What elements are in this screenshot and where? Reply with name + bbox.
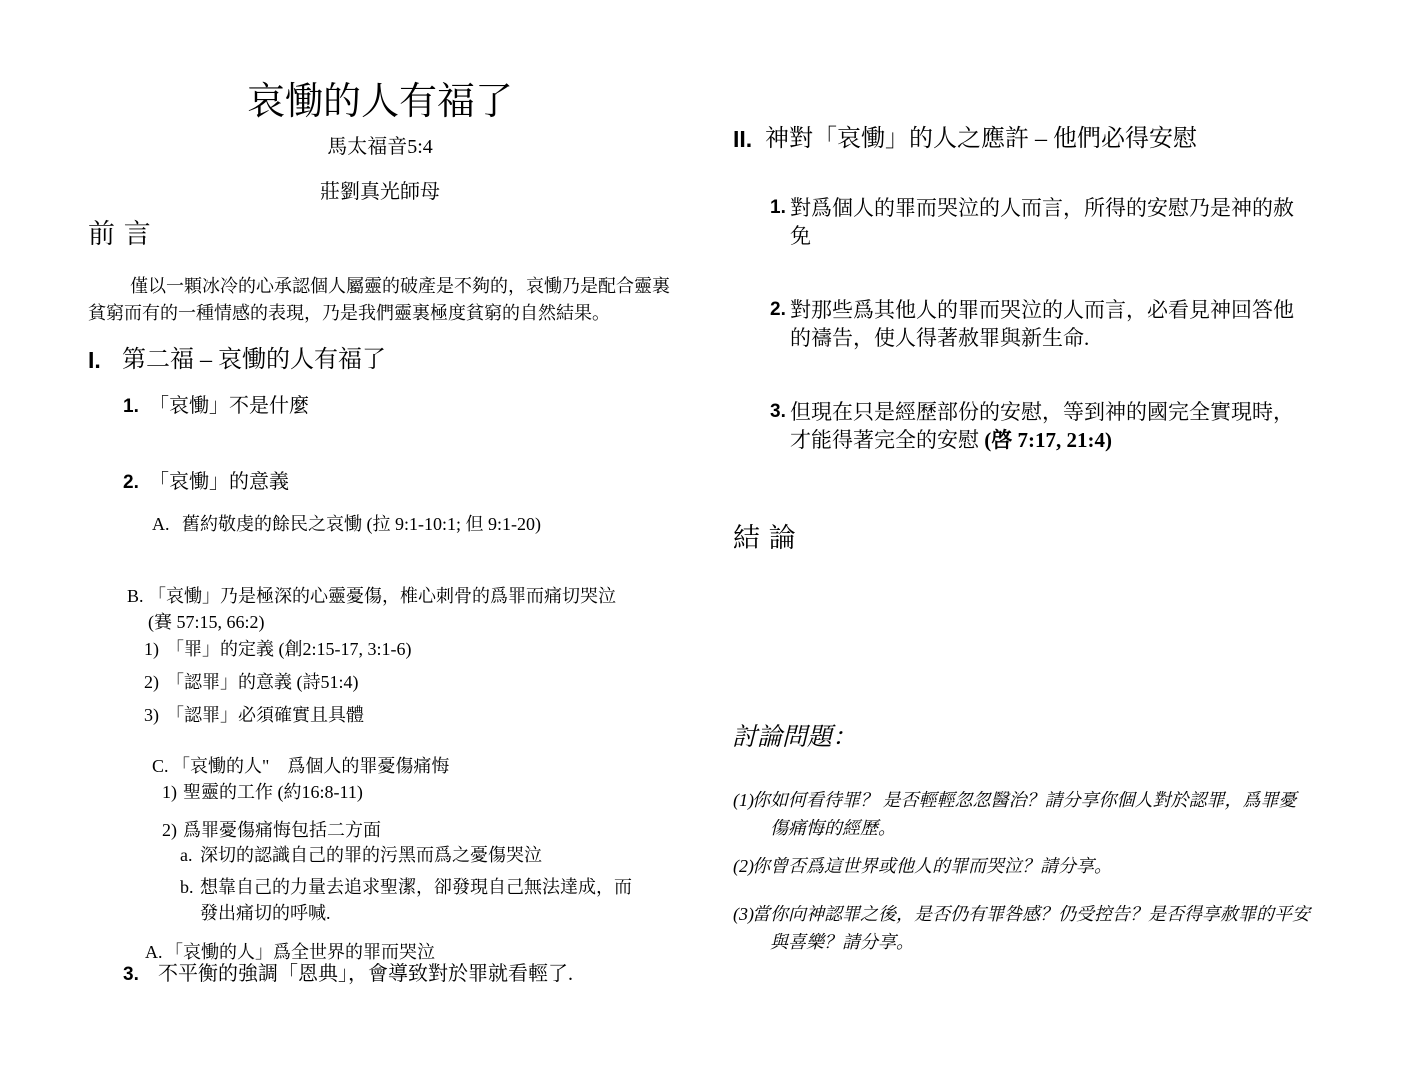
promise-2-number: 2. bbox=[770, 296, 790, 324]
promise-item-2: 2.對那些爲其他人的罪而哭泣的人而言，必看見神回答他 的禱告，使人得著赦罪與新生… bbox=[770, 296, 1335, 352]
section-1-heading: 第二福 – 哀慟的人有福了 bbox=[122, 346, 386, 375]
author-name: 莊劉真光師母 bbox=[70, 180, 690, 204]
sub-item-C2b-label: b. bbox=[180, 874, 200, 900]
question-2-label: (2) bbox=[733, 852, 752, 880]
item-2-number: 2. bbox=[123, 470, 149, 495]
sub-item-B2-label: 2) bbox=[144, 669, 166, 695]
outline-item-3: 3.不平衡的強調「恩典」，會導致對於罪就看輕了. bbox=[123, 962, 573, 987]
promise-1-number: 1. bbox=[770, 194, 790, 222]
item-3-number: 3. bbox=[123, 962, 158, 987]
sub-item-B1-text: 「罪」的定義 (創2:15-17, 3:1-6) bbox=[166, 636, 411, 662]
sermon-outline-page: 哀慟的人有福了 馬太福音5:4 莊劉真光師母 前 言 僅以一顆冰冷的心承認個人屬… bbox=[0, 0, 1408, 1088]
item-3-text: 不平衡的強調「恩典」，會導致對於罪就看輕了. bbox=[158, 962, 573, 987]
sub-item-B3-label: 3) bbox=[144, 702, 166, 728]
sub-item-A-text: 舊約敬虔的餘民之哀慟 (拉 9:1-10:1; 但 9:1-20) bbox=[182, 511, 541, 537]
sub-item-C2a: a.深切的認識自己的罪的污黑而爲之憂傷哭泣 bbox=[180, 842, 542, 868]
outline-item-1: 1.「哀慟」不是什麼 bbox=[123, 394, 309, 419]
sub-item-C1-text: 聖靈的工作 (約16:8-11) bbox=[183, 779, 363, 805]
page-title: 哀慟的人有福了 bbox=[70, 80, 690, 124]
sub-item-B2: 2)「認罪」的意義 (詩51:4) bbox=[144, 669, 359, 695]
conclusion-heading: 結 論 bbox=[733, 523, 797, 554]
question-2: (2)你曾否爲這世界或他人的罪而哭泣？請分享。 bbox=[733, 852, 1332, 880]
item-1-number: 1. bbox=[123, 394, 149, 419]
sub-item-B2-text: 「認罪」的意義 (詩51:4) bbox=[166, 669, 359, 695]
sub-item-C2-text: 爲罪憂傷痛悔包括二方面 bbox=[183, 817, 381, 843]
sub-item-B1-label: 1) bbox=[144, 636, 166, 662]
sub-item-C2b: b.想靠自己的力量去追求聖潔，卻發現自己無法達成，而 發出痛切的呼喊. bbox=[180, 874, 720, 926]
sub-item-A: A.舊約敬虔的餘民之哀慟 (拉 9:1-10:1; 但 9:1-20) bbox=[152, 511, 541, 537]
preface-heading: 前 言 bbox=[88, 219, 152, 250]
sub-item-C1: 1)聖靈的工作 (約16:8-11) bbox=[162, 779, 363, 805]
sub-item-C1-label: 1) bbox=[162, 779, 183, 805]
section-1-numeral: I. bbox=[88, 346, 122, 375]
item-1-text: 「哀慟」不是什麼 bbox=[149, 394, 309, 419]
sub-item-C2-label: 2) bbox=[162, 817, 183, 843]
promise-1-text: 對爲個人的罪而哭泣的人而言，所得的安慰乃是神的赦 免 bbox=[790, 194, 1335, 250]
sub-item-C: C.「哀慟的人" 爲個人的罪憂傷痛悔 bbox=[152, 753, 449, 779]
sub-item-B-label: B. bbox=[127, 583, 148, 609]
question-1-text: 你如何看待罪？ 是否輕輕忽忽醫治？請分享你個人對於認罪，爲罪憂 傷痛悔的經歷。 bbox=[752, 786, 1332, 842]
scripture-reference: 馬太福音5:4 bbox=[70, 135, 690, 159]
sub-item-B-text: 「哀慟」乃是極深的心靈憂傷，椎心刺骨的爲罪而痛切哭泣 (賽 57:15, 66:… bbox=[148, 583, 688, 635]
sub-item-C2b-text: 想靠自己的力量去追求聖潔，卻發現自己無法達成，而 發出痛切的呼喊. bbox=[200, 874, 720, 926]
discussion-heading: 討論問題： bbox=[732, 723, 857, 753]
promise-item-1: 1.對爲個人的罪而哭泣的人而言，所得的安慰乃是神的赦 免 bbox=[770, 194, 1335, 250]
question-3-label: (3) bbox=[733, 900, 752, 928]
question-3: (3)當你向神認罪之後，是否仍有罪咎感？仍受控告？是否得享赦罪的平安 與喜樂？請… bbox=[733, 900, 1342, 956]
question-1: (1)你如何看待罪？ 是否輕輕忽忽醫治？請分享你個人對於認罪，爲罪憂 傷痛悔的經… bbox=[733, 786, 1332, 842]
promise-item-3: 3.但現在只是經歷部份的安慰，等到神的國完全實現時， 才能得著完全的安慰 (啓 … bbox=[770, 398, 1335, 454]
question-1-label: (1) bbox=[733, 786, 752, 814]
sub-item-C2a-text: 深切的認識自己的罪的污黑而爲之憂傷哭泣 bbox=[200, 842, 542, 868]
sub-item-C2a-label: a. bbox=[180, 842, 200, 868]
sub-item-B: B.「哀慟」乃是極深的心靈憂傷，椎心刺骨的爲罪而痛切哭泣 (賽 57:15, 6… bbox=[127, 583, 688, 635]
question-2-text: 你曾否爲這世界或他人的罪而哭泣？請分享。 bbox=[752, 852, 1332, 880]
section-2-numeral: II. bbox=[733, 125, 765, 154]
sub-item-A-label: A. bbox=[152, 511, 182, 537]
item-2-text: 「哀慟」的意義 bbox=[149, 470, 289, 495]
sub-item-C-label: C. bbox=[152, 753, 172, 779]
preface-paragraph: 僅以一顆冰冷的心承認個人屬靈的破產是不夠的，哀慟乃是配合靈裏 貧窮而有的一種情感… bbox=[88, 273, 700, 327]
sub-item-B3: 3)「認罪」必須確實且具體 bbox=[144, 702, 364, 728]
promise-3-scripture-ref: (啓 7:17, 21:4) bbox=[979, 428, 1112, 452]
promise-3-number: 3. bbox=[770, 398, 790, 426]
section-2: II.神對「哀慟」的人之應許 – 他們必得安慰 bbox=[733, 125, 1197, 154]
section-1: I.第二福 – 哀慟的人有福了 bbox=[88, 346, 386, 375]
promise-3-text: 但現在只是經歷部份的安慰，等到神的國完全實現時， 才能得著完全的安慰 (啓 7:… bbox=[790, 398, 1335, 454]
outline-item-2: 2.「哀慟」的意義 bbox=[123, 470, 289, 495]
question-3-text: 當你向神認罪之後，是否仍有罪咎感？仍受控告？是否得享赦罪的平安 與喜樂？請分享。 bbox=[752, 900, 1342, 956]
sub-item-B3-text: 「認罪」必須確實且具體 bbox=[166, 702, 364, 728]
sub-item-B1: 1)「罪」的定義 (創2:15-17, 3:1-6) bbox=[144, 636, 411, 662]
sub-item-C2: 2)爲罪憂傷痛悔包括二方面 bbox=[162, 817, 381, 843]
promise-2-text: 對那些爲其他人的罪而哭泣的人而言，必看見神回答他 的禱告，使人得著赦罪與新生命. bbox=[790, 296, 1335, 352]
section-2-heading: 神對「哀慟」的人之應許 – 他們必得安慰 bbox=[765, 125, 1197, 154]
sub-item-C-text: 「哀慟的人" 爲個人的罪憂傷痛悔 bbox=[172, 753, 449, 779]
